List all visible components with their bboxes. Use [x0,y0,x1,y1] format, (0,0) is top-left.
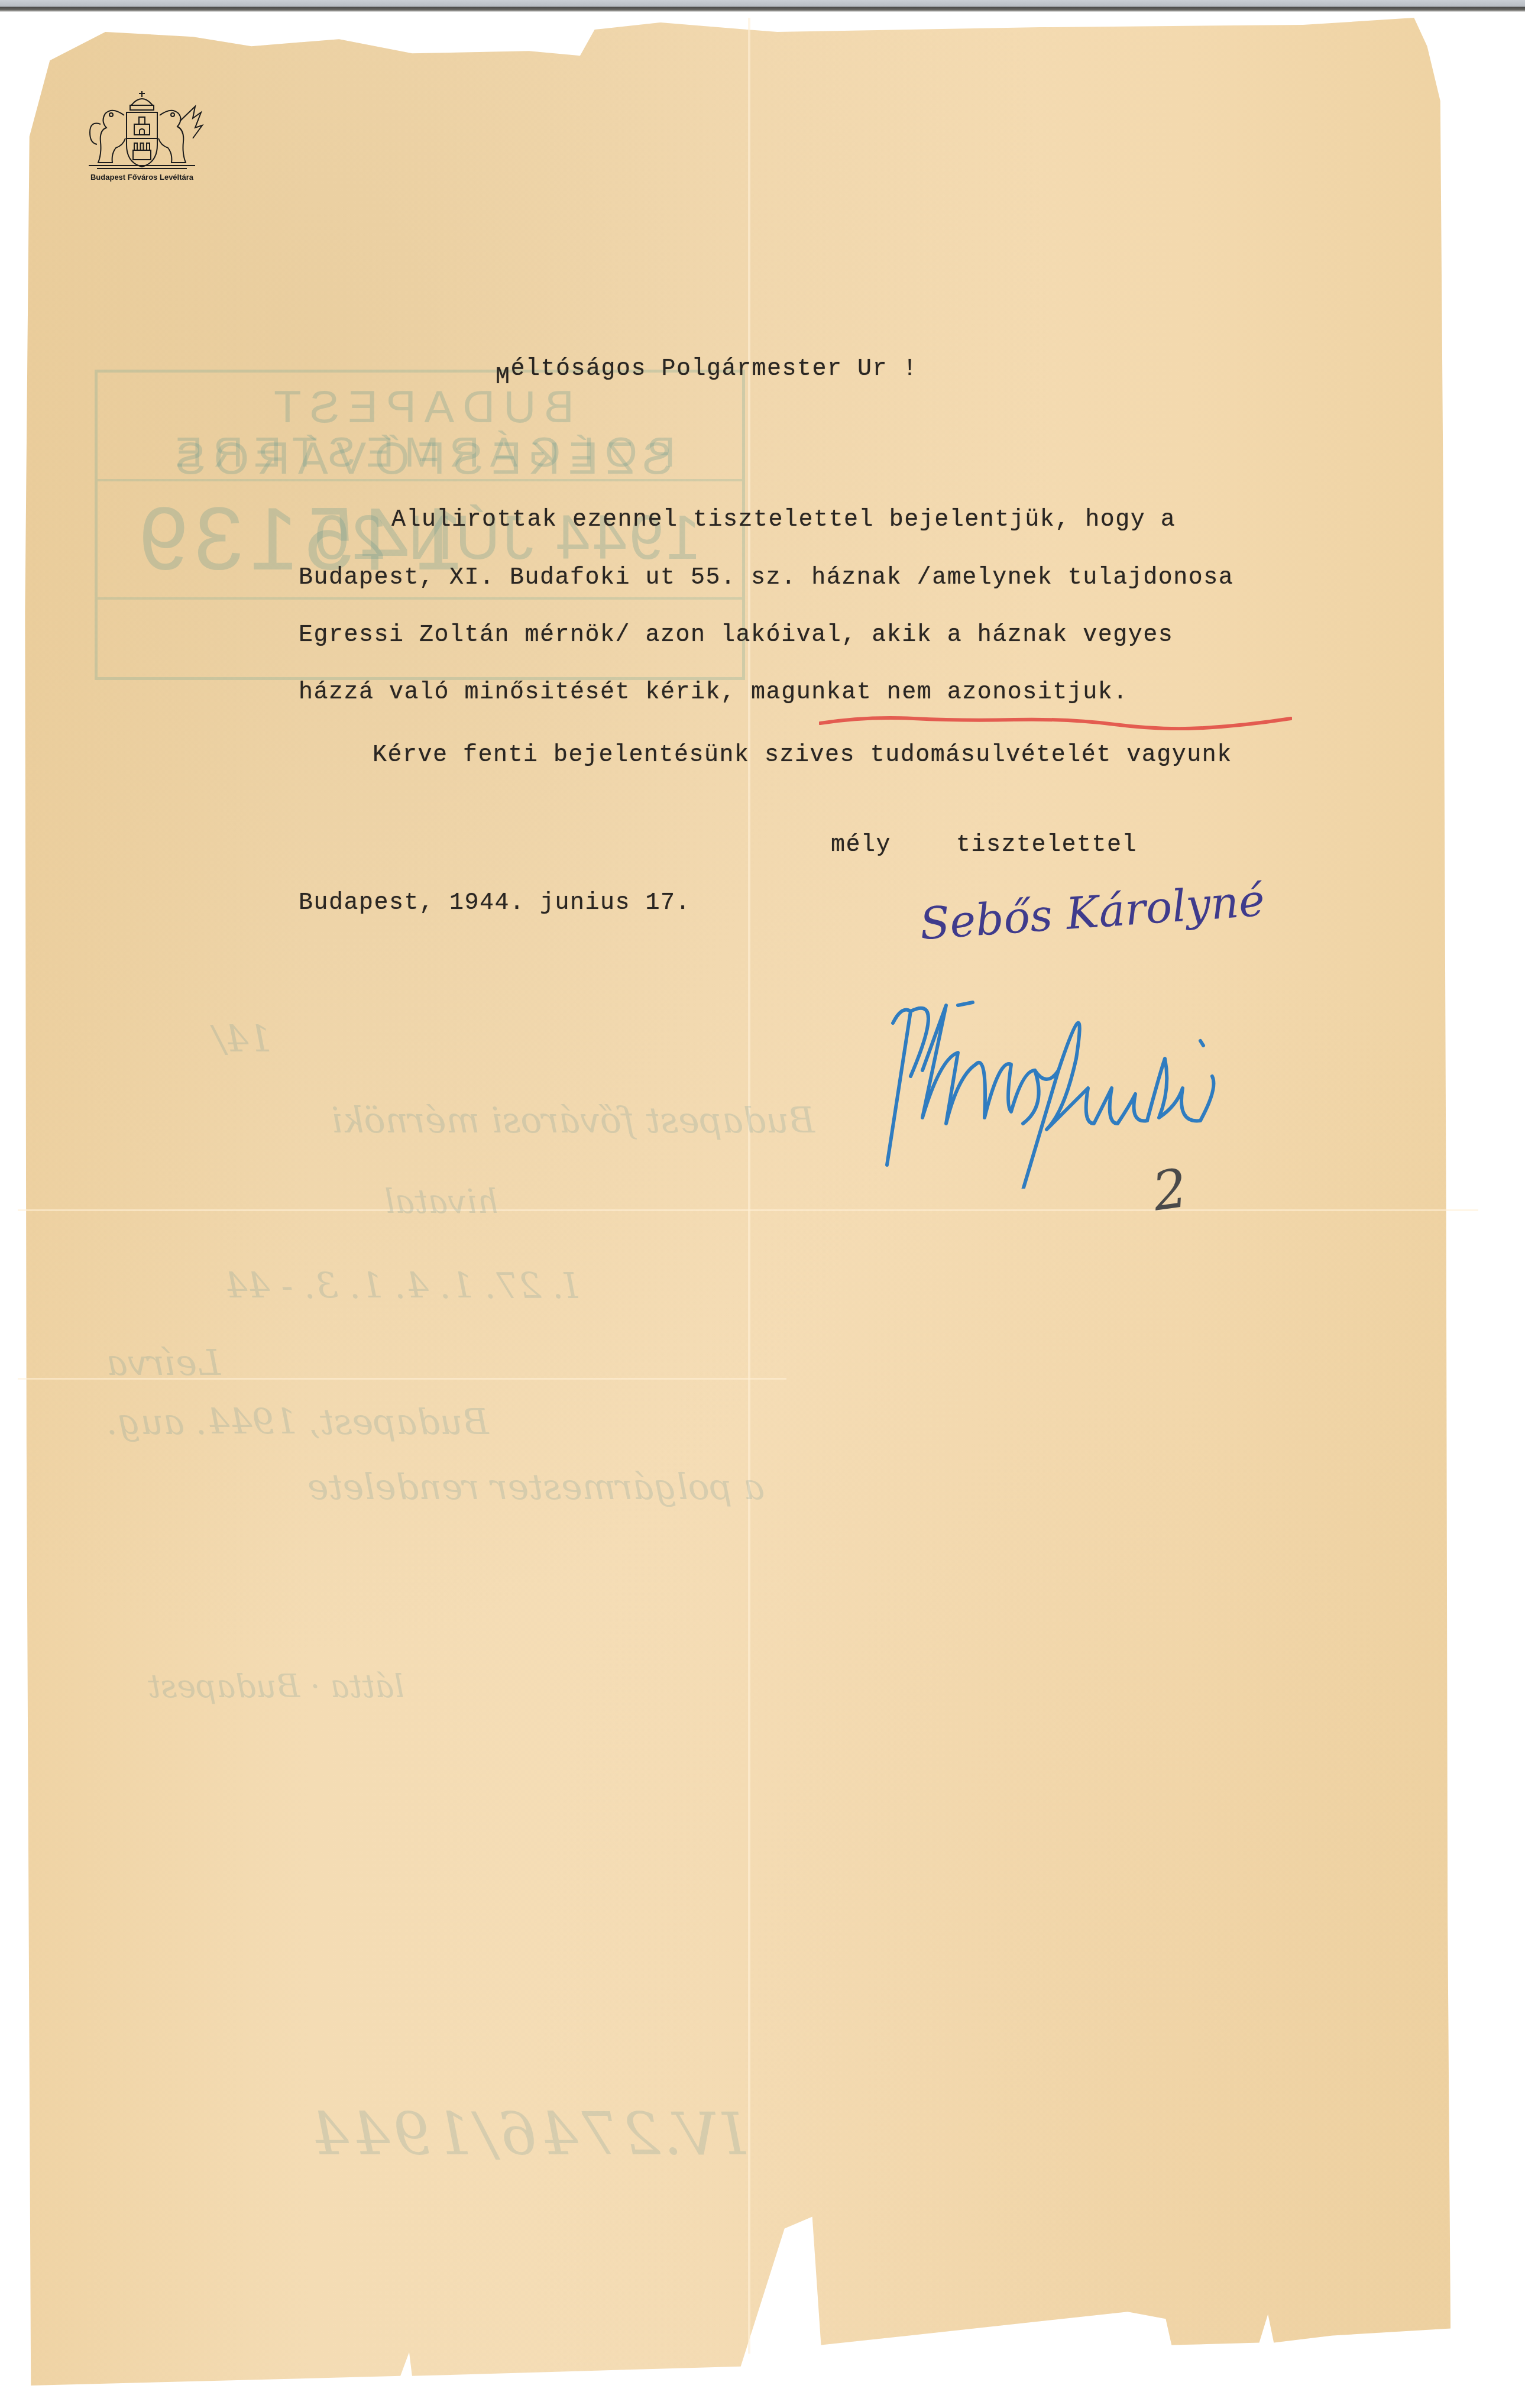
signature-rothenyi [869,970,1360,1189]
body-line: Alulirottak ezennel tisztelettel bejelen… [391,509,1176,532]
archive-caption: Budapest Főváros Levéltára [71,173,213,182]
body-line: Budapest, XI. Budafoki ut 55. sz. háznak… [299,567,1233,590]
place-and-date: Budapest, 1944. junius 17. [299,892,691,915]
budapest-coat-of-arms-icon [77,89,207,171]
red-pencil-underline [819,713,1292,730]
closing: mélytisztelettel [831,834,1137,857]
stamp-rule [98,597,742,600]
body-line: házzá való minősitését kérik, magunkat n… [299,681,1128,705]
body-line: Kérve fenti bejelentésünk szives tudomás… [373,744,1232,768]
bleedthrough-text: a polgármester rendelete [307,1467,765,1508]
stamp-line-2: POLGÁRMESTERE [98,429,742,476]
bleedthrough-text: Budapest, 1944. aug. [106,1402,489,1443]
horizontal-fold [18,1209,1478,1211]
bleedthrough-text: látta · Budapest [148,1668,404,1705]
bleedthrough-file-number: IV.2746/1944 [307,2099,746,2169]
closing-word: tisztelettel [956,832,1137,859]
archive-logo: Budapest Főváros Levéltára [71,89,213,182]
scanner-edge [0,0,1525,12]
stamp-rule [98,479,742,481]
body-line: Egressi Zoltán mérnök/ azon lakóival, ak… [299,624,1173,648]
bleedthrough-text: Budapest fővárosi mérnöki [331,1100,815,1141]
salutation-initial: M [496,364,511,391]
bleedthrough-text: Leírva [106,1342,221,1384]
bleedthrough-text: I. 27. 1. 4. 1. 3. - 44 [225,1266,578,1307]
closing-word: mély [831,832,891,859]
salutation-text: éltóságos Polgármester Ur ! [511,356,918,383]
bleedthrough-text: hivatal [384,1183,498,1221]
bleedthrough-text: 14/ [213,1017,272,1060]
salutation: Méltóságos Polgármester Ur ! [496,358,918,381]
